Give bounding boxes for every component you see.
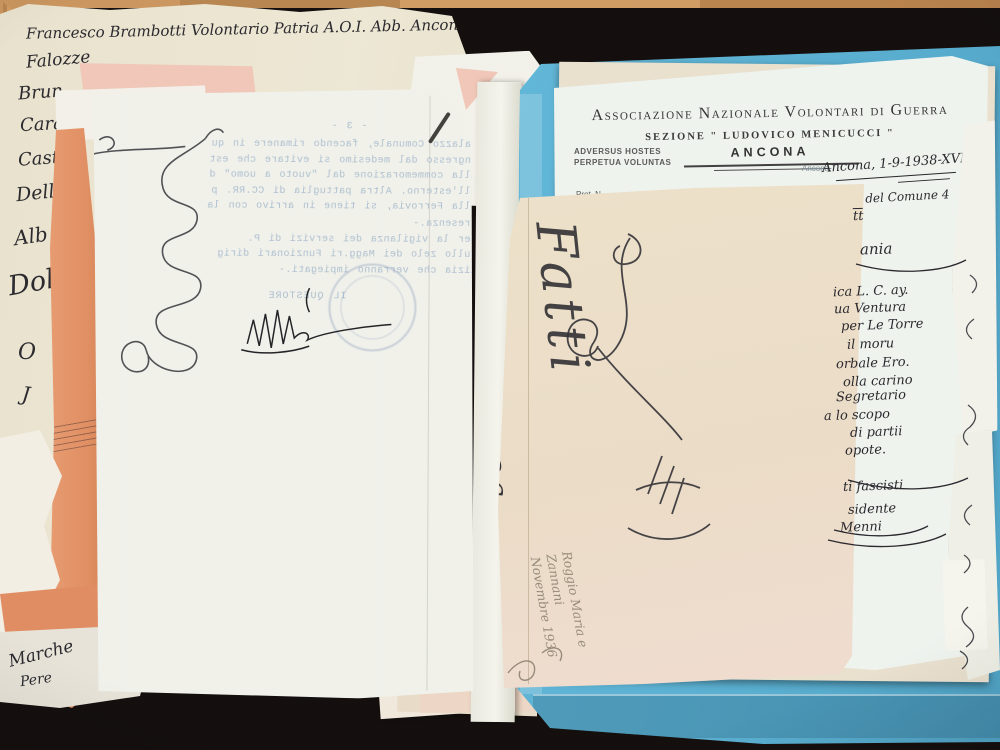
letter-fragment: tt <box>853 208 864 224</box>
fragment-flourishes <box>818 228 998 558</box>
letter-fragments-layer: tt ania ica L. C. ay. ua Ventura per Le … <box>0 0 1000 750</box>
archival-documents-photo: Francesco Brambotti Volontario Patria A.… <box>0 0 1000 750</box>
